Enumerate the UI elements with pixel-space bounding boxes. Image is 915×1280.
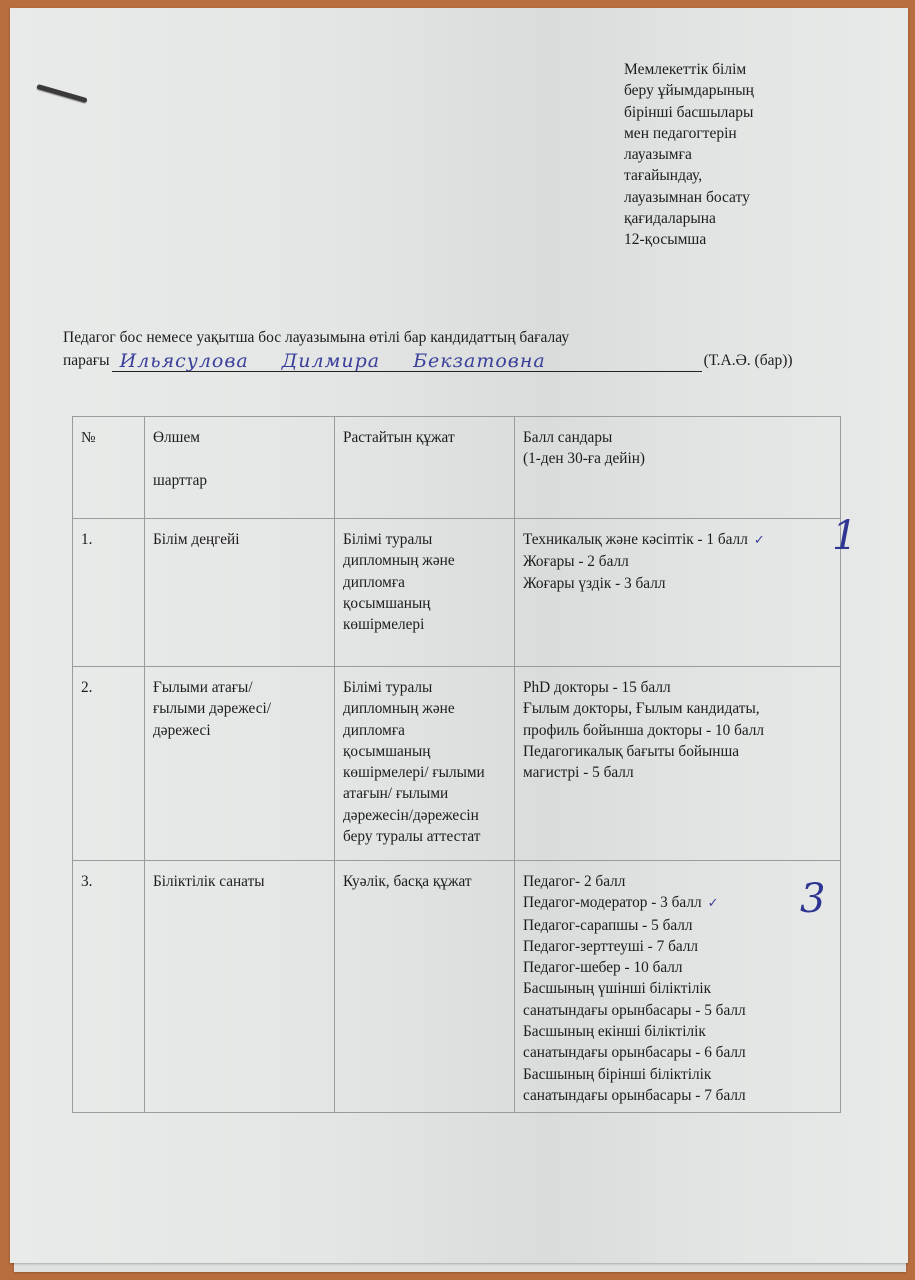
row-document: Куәлік, басқа құжат xyxy=(335,861,515,1113)
checkmark-icon: ✓ xyxy=(754,533,765,548)
row-document-line: беру туралы аттестат xyxy=(343,826,506,847)
table-row: 2.Ғылыми атағы/ғылыми дәрежесі/дәрежесіБ… xyxy=(73,667,841,861)
row-criteria-line: Біліктілік санаты xyxy=(153,871,326,892)
row-document: Білімі туралыдипломның жәнедипломғақосым… xyxy=(335,519,515,667)
row-criteria-line: Білім деңгейі xyxy=(153,529,326,550)
table-row: 1.Білім деңгейіБілімі туралыдипломның жә… xyxy=(73,519,841,667)
row-document-line: қосымшаның xyxy=(343,741,506,762)
form-title-suffix: (Т.А.Ә. (бар)) xyxy=(704,349,793,372)
row-points-line: Басшының бірінші біліктілік xyxy=(523,1064,832,1085)
annex-line: лауазымға xyxy=(624,144,824,165)
row-criteria-line: дәрежесі xyxy=(153,720,326,741)
form-title: Педагог бос немесе уақытша бос лауазымын… xyxy=(63,326,843,372)
row-points: Педагог- 2 баллПедагог-модератор - 3 бал… xyxy=(515,861,841,1113)
criteria-table: № Өлшем шарттар Растайтын құжат Балл сан… xyxy=(72,416,841,1113)
row-document-line: дипломға xyxy=(343,720,506,741)
row-document-line: дәрежесін/дәрежесін xyxy=(343,805,506,826)
row-points-line: Ғылым докторы, Ғылым кандидаты, xyxy=(523,698,832,719)
row-points-line: Жоғары - 2 балл xyxy=(523,551,832,572)
annex-line: лауазымнан босату xyxy=(624,187,824,208)
table-header-row: № Өлшем шарттар Растайтын құжат Балл сан… xyxy=(73,417,841,519)
annex-line: бірінші басшылары xyxy=(624,102,824,123)
annex-header: Мемлекеттік білімберу ұйымдарыныңбірінші… xyxy=(624,59,824,251)
row-document-line: дипломның және xyxy=(343,550,506,571)
row-points-line: санатындағы орынбасары - 5 балл xyxy=(523,1000,832,1021)
handwritten-score: 1 xyxy=(832,513,857,559)
row-criteria: Ғылыми атағы/ғылыми дәрежесі/дәрежесі xyxy=(145,667,335,861)
annex-line: беру ұйымдарының xyxy=(624,80,824,101)
handwritten-score: 3 xyxy=(800,876,825,922)
form-title-line2: парағы Ильясулова Дилмира Бекзатовна (Т.… xyxy=(63,349,843,372)
row-number: 3. xyxy=(73,861,145,1113)
row-points-line: Басшының екінші біліктілік xyxy=(523,1021,832,1042)
row-points-line: Педагог-модератор - 3 балл✓ xyxy=(523,892,832,914)
row-points: PhD докторы - 15 баллҒылым докторы, Ғылы… xyxy=(515,667,841,861)
annex-line: қағидаларына xyxy=(624,208,824,229)
row-document-line: дипломға xyxy=(343,572,506,593)
form-title-prefix: парағы xyxy=(63,349,110,372)
checkmark-icon: ✓ xyxy=(708,896,719,911)
row-points-line: Педагог-сарапшы - 5 балл xyxy=(523,915,832,936)
row-points-line: профиль бойынша докторы - 10 балл xyxy=(523,720,832,741)
row-document-line: дипломның және xyxy=(343,698,506,719)
row-document-line: қосымшаның xyxy=(343,593,506,614)
row-points-line: PhD докторы - 15 балл xyxy=(523,677,832,698)
annex-line: мен педагогтерін xyxy=(624,123,824,144)
row-points-line: Басшының үшінші біліктілік xyxy=(523,978,832,999)
row-points-line: Педагог-шебер - 10 балл xyxy=(523,957,832,978)
form-title-line1: Педагог бос немесе уақытша бос лауазымын… xyxy=(63,326,843,349)
row-criteria: Білім деңгейі xyxy=(145,519,335,667)
annex-line: 12-қосымша xyxy=(624,229,824,250)
annex-line: тағайындау, xyxy=(624,165,824,186)
row-points-line: Педагог- 2 балл xyxy=(523,871,832,892)
row-criteria-line: ғылыми дәрежесі/ xyxy=(153,698,326,719)
header-criteria: Өлшем шарттар xyxy=(145,417,335,519)
candidate-name-field[interactable]: Ильясулова Дилмира Бекзатовна xyxy=(112,351,702,372)
row-points-line: Педагог-зерттеуші - 7 балл xyxy=(523,936,832,957)
row-number: 1. xyxy=(73,519,145,667)
row-document-line: Білімі туралы xyxy=(343,677,506,698)
row-points-line: магистрі - 5 балл xyxy=(523,762,832,783)
row-document-line: көшірмелері xyxy=(343,614,506,635)
row-criteria: Біліктілік санаты xyxy=(145,861,335,1113)
row-number: 2. xyxy=(73,667,145,861)
row-points-line: Педагогикалық бағыты бойынша xyxy=(523,741,832,762)
row-document-line: көшірмелері/ ғылыми xyxy=(343,762,506,783)
annex-line: Мемлекеттік білім xyxy=(624,59,824,80)
row-points-line: санатындағы орынбасары - 7 балл xyxy=(523,1085,832,1106)
header-points: Балл сандары (1-ден 30-ға дейін) xyxy=(515,417,841,519)
row-criteria-line: Ғылыми атағы/ xyxy=(153,677,326,698)
candidate-name-handwritten: Ильясулова Дилмира Бекзатовна xyxy=(120,350,546,373)
row-document-line: Білімі туралы xyxy=(343,529,506,550)
row-points-line: санатындағы орынбасары - 6 балл xyxy=(523,1042,832,1063)
row-document: Білімі туралыдипломның жәнедипломғақосым… xyxy=(335,667,515,861)
row-document-line: атағын/ ғылыми xyxy=(343,783,506,804)
header-number: № xyxy=(73,417,145,519)
header-document: Растайтын құжат xyxy=(335,417,515,519)
row-document-line: Куәлік, басқа құжат xyxy=(343,871,506,892)
table-row: 3.Біліктілік санатыКуәлік, басқа құжатПе… xyxy=(73,861,841,1113)
row-points-line: Жоғары үздік - 3 балл xyxy=(523,573,832,594)
row-points-line: Техникалық және кәсіптік - 1 балл✓ xyxy=(523,529,832,551)
row-points: Техникалық және кәсіптік - 1 балл✓Жоғары… xyxy=(515,519,841,667)
